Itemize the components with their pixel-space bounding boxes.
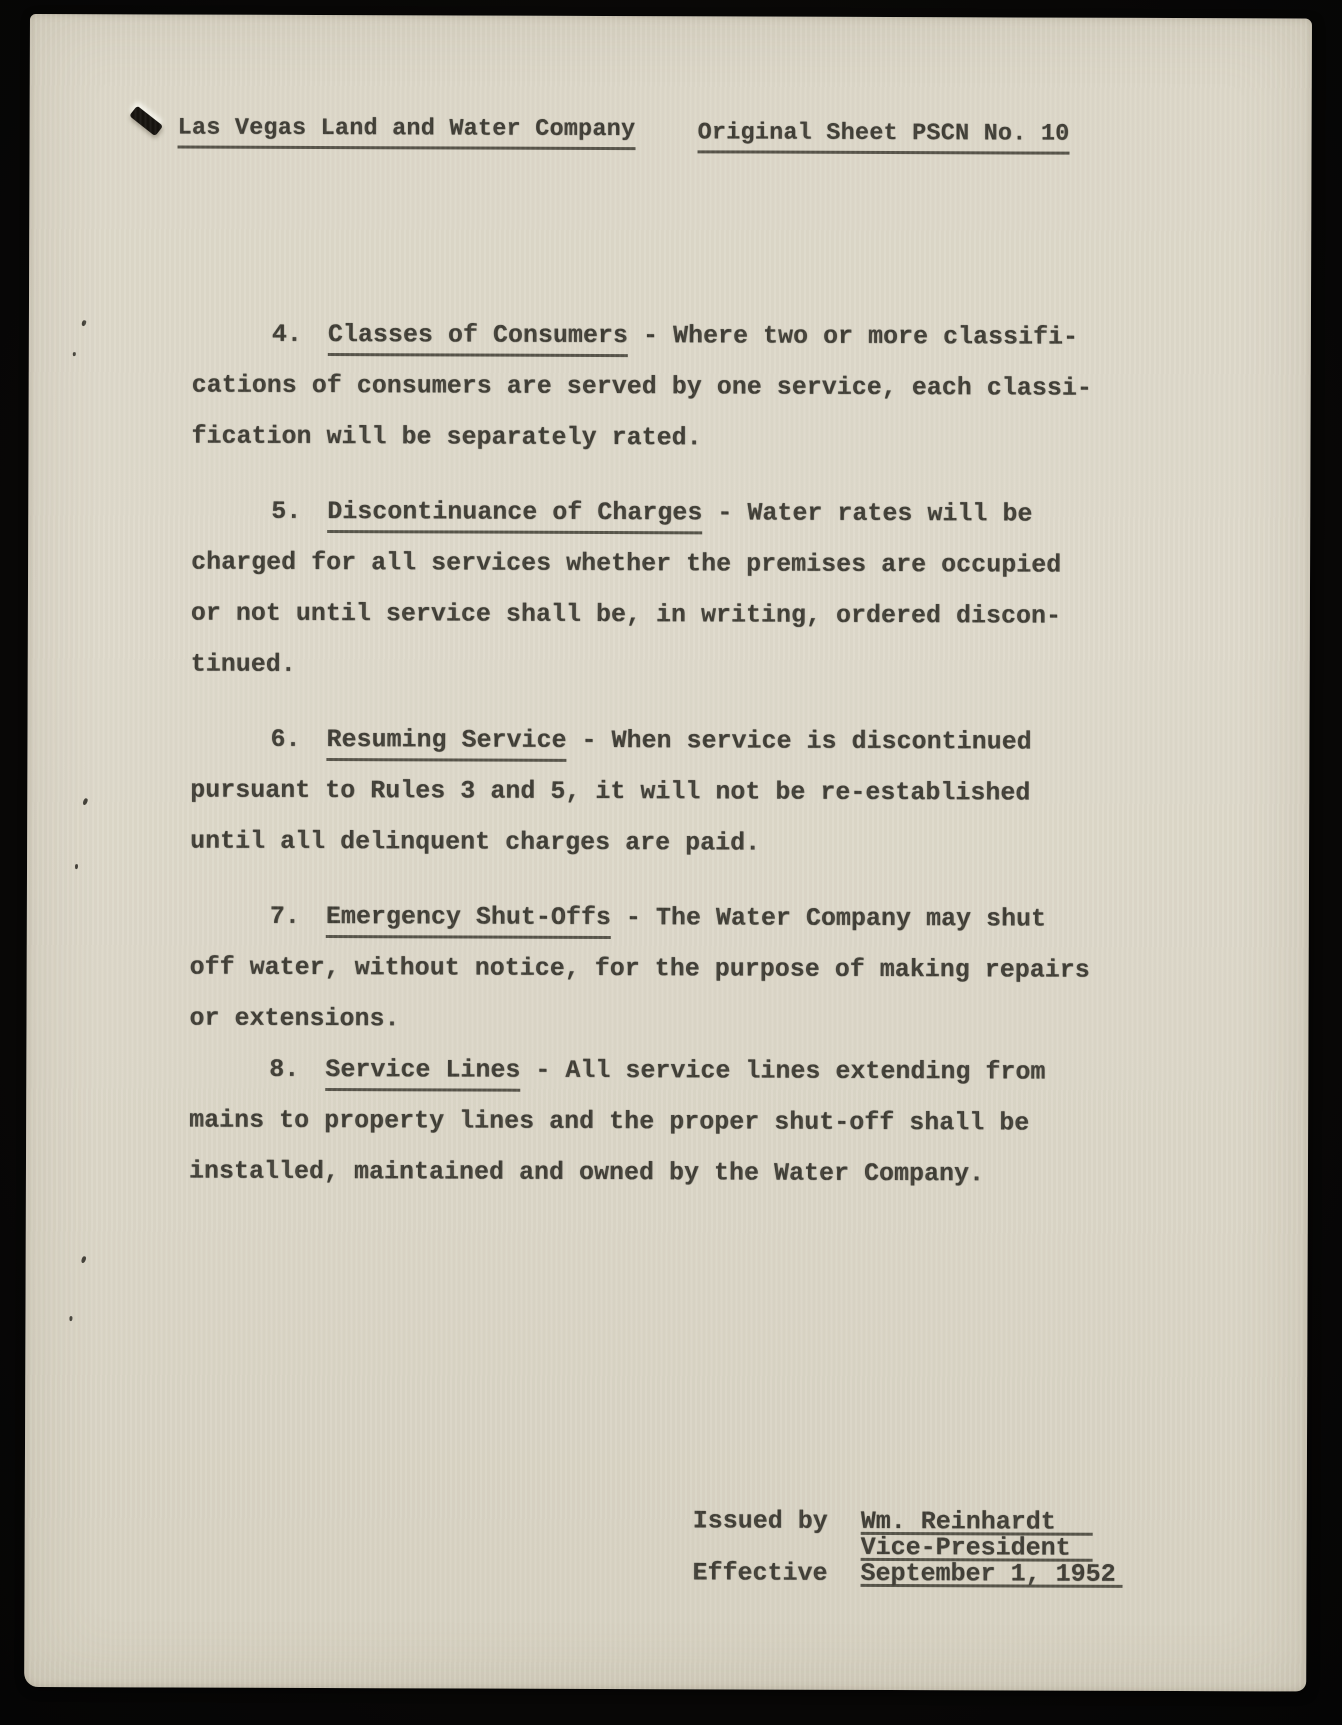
- rule-7: 7.Emergency Shut-Offs - The Water Compan…: [189, 891, 1150, 1047]
- company-title-text: Las Vegas Land and Water Company: [178, 115, 636, 151]
- rule-title: Classes of Consumers: [328, 320, 628, 357]
- rule-title: Discontinuance of Charges: [327, 497, 702, 534]
- scanned-document-page: Las Vegas Land and Water Company Origina…: [24, 14, 1312, 1691]
- paper-speck: [69, 1316, 72, 1321]
- rule-first-line: 4.Classes of Consumers - Where two or mo…: [192, 309, 1152, 363]
- effective-label: Effective: [693, 1560, 861, 1587]
- fastener-mark: [129, 106, 163, 137]
- rule-text: - Water rates will be: [702, 498, 1032, 528]
- rule-text-line: charged for all services whether the pre…: [191, 537, 1151, 591]
- rule-text-line: installed, maintained and owned by the W…: [189, 1146, 1149, 1200]
- rule-title: Resuming Service: [326, 725, 566, 762]
- scanner-background: { "header": { "company": "Las Vegas Land…: [0, 0, 1342, 1725]
- sheet-number-text: Original Sheet PSCN No. 10: [698, 119, 1070, 154]
- issued-by-name: Wm. Reinhardt: [861, 1509, 1093, 1536]
- rule-8: 8.Service Lines - All service lines exte…: [189, 1044, 1150, 1200]
- rule-text-line: until all delinquent charges are paid.: [190, 816, 1150, 870]
- paper-speck: [75, 864, 78, 869]
- rule-number: 5.: [271, 486, 301, 537]
- rules-body: 4.Classes of Consumers - Where two or mo…: [189, 309, 1152, 1200]
- rule-4: 4.Classes of Consumers - Where two or mo…: [191, 309, 1152, 465]
- rule-number: 8.: [269, 1044, 299, 1095]
- rule-text: - When service is discontinued: [566, 726, 1031, 757]
- rule-text: - Where two or more classifi-: [628, 321, 1078, 352]
- rule-number: 6.: [270, 714, 300, 765]
- rule-number: 7.: [270, 891, 300, 942]
- paper-speck: [73, 352, 76, 356]
- rule-first-line: 5.Discontinuance of Charges - Water rate…: [191, 486, 1151, 540]
- company-title: Las Vegas Land and Water Company: [178, 115, 636, 144]
- rule-title: Service Lines: [325, 1055, 520, 1092]
- rule-text-line: mains to property lines and the proper s…: [189, 1095, 1149, 1149]
- issued-by-label: Issued by: [693, 1508, 861, 1535]
- rule-text: - All service lines extending from: [520, 1056, 1045, 1087]
- rule-5: 5.Discontinuance of Charges - Water rate…: [191, 486, 1152, 693]
- rule-text: - The Water Company may shut: [611, 903, 1046, 934]
- effective-date: September 1, 1952: [861, 1561, 1123, 1588]
- rule-text-line: off water, without notice, for the purpo…: [190, 942, 1150, 996]
- rule-first-line: 7.Emergency Shut-Offs - The Water Compan…: [190, 891, 1150, 945]
- rule-first-line: 8.Service Lines - All service lines exte…: [189, 1044, 1149, 1098]
- rule-first-line: 6.Resuming Service - When service is dis…: [190, 714, 1150, 768]
- rule-6: 6.Resuming Service - When service is dis…: [190, 714, 1151, 870]
- sheet-number: Original Sheet PSCN No. 10: [698, 119, 1070, 147]
- rule-text-line: tinued.: [191, 639, 1151, 693]
- paper-speck: [81, 320, 86, 327]
- paper-speck: [82, 798, 88, 806]
- paper-speck: [81, 1256, 87, 1264]
- rule-text-line: or not until service shall be, in writin…: [191, 588, 1151, 642]
- issuer-title: Vice-President: [861, 1535, 1093, 1562]
- rule-title: Emergency Shut-Offs: [326, 902, 611, 939]
- rule-number: 4.: [272, 309, 302, 360]
- rule-text-line: pursuant to Rules 3 and 5, it will not b…: [190, 765, 1150, 819]
- issuance-block: Issued by Wm. Reinhardt Vice-President E…: [693, 1508, 1123, 1588]
- rule-text-line: fication will be separately rated.: [191, 411, 1151, 465]
- rule-text-line: or extensions.: [189, 993, 1149, 1047]
- rule-text-line: cations of consumers are served by one s…: [192, 360, 1152, 414]
